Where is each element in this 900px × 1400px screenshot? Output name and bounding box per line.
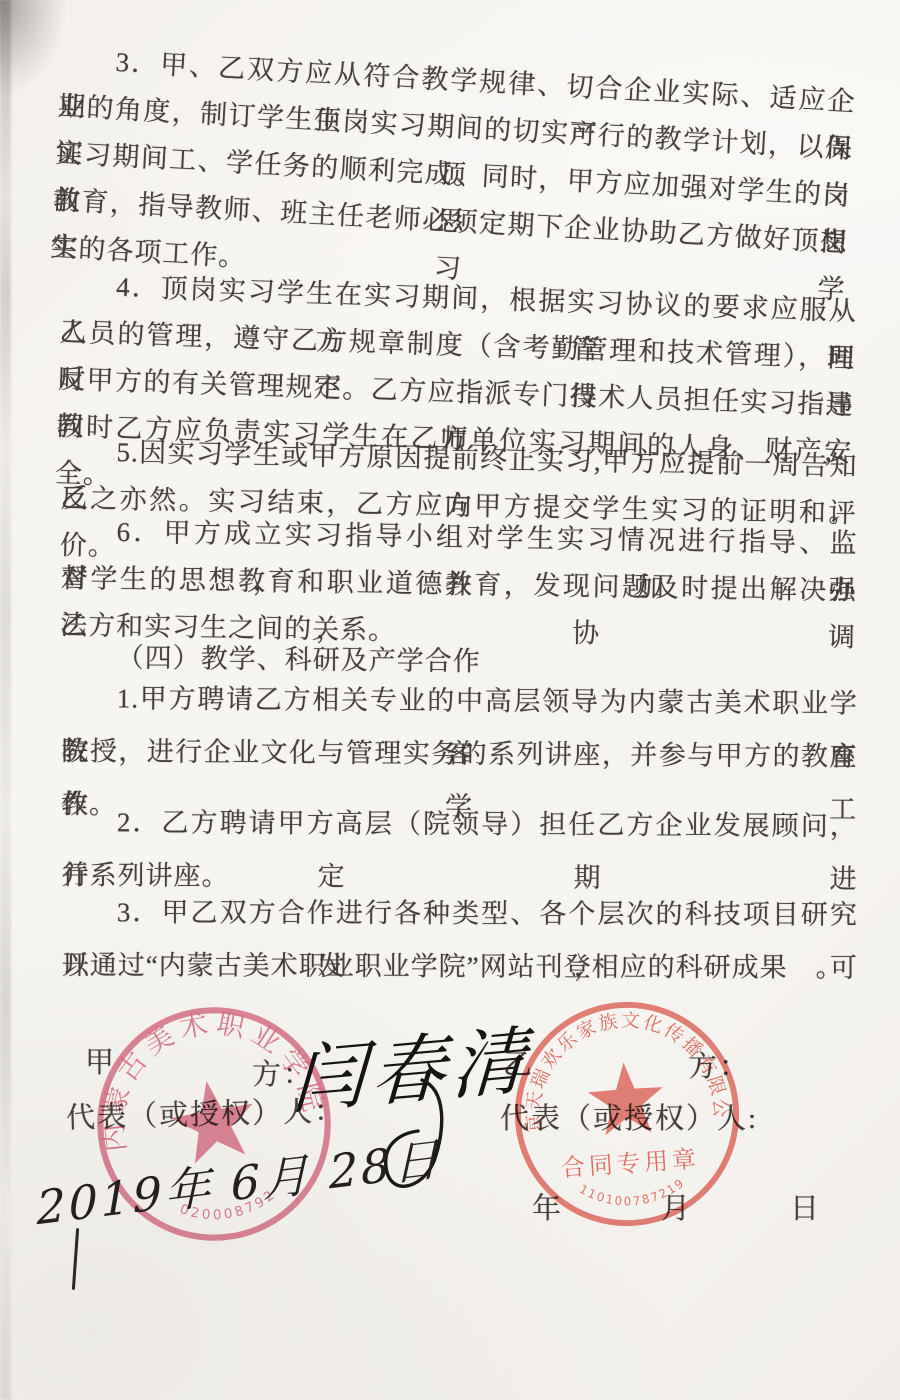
scanned-contract-page: 3．甲、乙双方应从符合教学规律、切合企业实际、适应企业生产周 期的角度，制订学生… (0, 0, 900, 1400)
stamp-star-icon (166, 1074, 262, 1166)
stamp-star-icon (586, 1060, 666, 1136)
doc-line: 1.甲方聘请乙方相关专业的中高层领导为内蒙古美术职业学院客座 (62, 672, 858, 731)
doc-line: 3．甲乙双方合作进行各种类型、各个层次的科技项目研究开发，可 (62, 886, 858, 942)
handwriting-stroke (72, 1228, 79, 1290)
doc-line: 2．乙方聘请甲方高层（院领导）担任乙方企业发展顾问，并定期进 (62, 796, 858, 853)
party-a-official-seal: 内蒙古美术职业学院 020008792 (70, 980, 357, 1267)
svg-text:110100787219: 110100787219 (576, 1175, 689, 1212)
signature-flourish (352, 1075, 462, 1205)
doc-line: 教授，进行企业文化与管理实务的系列讲座，并参与甲方的教育教学工 (61, 725, 857, 784)
clause-3: 3．甲乙双方合作进行各种类型、各个层次的科技项目研究开发，可 以通过“内蒙古美术… (62, 886, 858, 995)
seal-serial-number: 110100787219 (576, 1175, 689, 1212)
party-b-contract-seal: 北京天瑞欢乐家族文化传播有限公司 合同专用章 110100787219 (500, 987, 754, 1241)
doc-line: 以通过“内蒙古美术职业职业学院”网站刊登相应的科研成果 。 (62, 939, 858, 995)
scan-edge-shadow (0, 0, 11, 1400)
